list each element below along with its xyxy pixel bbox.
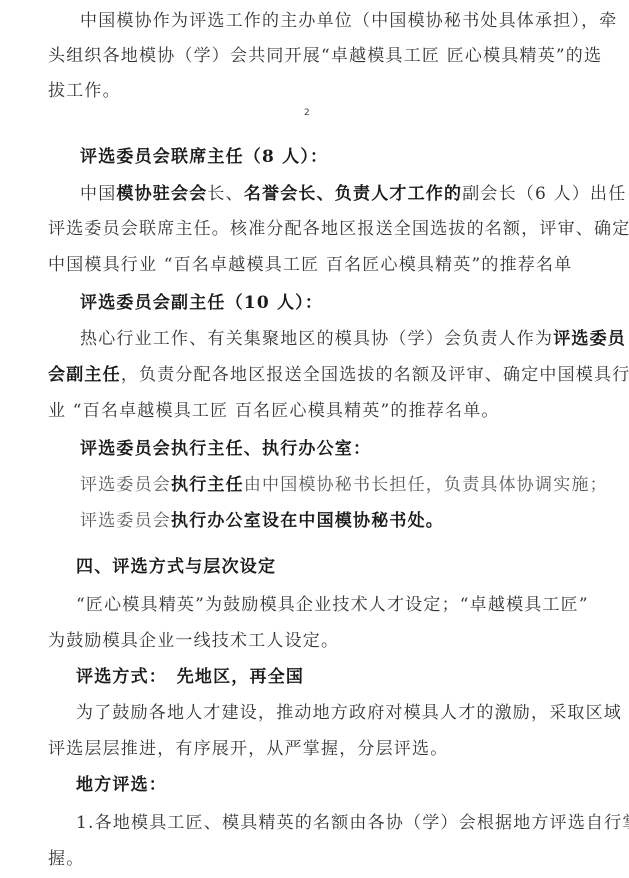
text-segment: ，负责分配各地区报送全国选拔的名额及评审、确定中国模具行 [121, 365, 629, 385]
joint-chair-heading: 评选委员会联席主任（8 人）： [80, 146, 328, 168]
text-segment: 热心行业工作、有关集聚地区的模具协（学）会负责人作为 [80, 329, 553, 349]
text-segment-bold: 评选委员 [553, 329, 626, 349]
vice-chair-line3: 业 “百名卓越模具工匠 百名匠心模具精英”的推荐名单。 [48, 400, 500, 422]
para1-line3: 拔工作。 [48, 80, 121, 102]
document-page: 中国模协作为评选工作的主办单位（中国模协秘书处具体承担），牵 头组织各地模协（学… [0, 0, 629, 878]
joint-chair-line1: 中国模协驻会会长、名誉会长、负责人才工作的副会长（6 人）出任 [80, 183, 626, 205]
text-segment-bold: 名誉会长、负责人才工作的 [244, 184, 462, 204]
executive-line2: 评选委员会执行办公室设在中国模协秘书处。 [80, 510, 444, 532]
page-number: 2 [304, 108, 310, 118]
text-segment: 长、 [207, 184, 243, 204]
text-segment-bold: 执行主任 [171, 475, 244, 495]
vice-chair-heading: 评选委员会副主任（10 人）： [80, 292, 323, 314]
text-segment-bold: 执行办公室设在中国模协秘书处。 [171, 511, 444, 531]
text-segment: 由中国模协秘书长担任，负责具体协调实施； [244, 475, 608, 495]
joint-chair-line3: 中国模具行业 “百名卓越模具工匠 百名匠心模具精英”的推荐名单 [48, 254, 572, 276]
text-segment-bold: 会副主任 [48, 365, 121, 385]
para1-line2: 头组织各地模协（学）会共同开展“卓越模具工匠 匠心模具精英”的选 [48, 45, 602, 67]
executive-line1: 评选委员会执行主任由中国模协秘书长担任，负责具体协调实施； [80, 474, 608, 496]
section4-para3-line2: 握。 [48, 848, 84, 870]
method-heading: 评选方式： 先地区，再全国 [76, 666, 304, 688]
text-segment-bold: 模协驻会会 [116, 184, 207, 204]
text-segment: 评选委员会 [80, 475, 171, 495]
section4-para1-line1: “匠心模具精英”为鼓励模具企业技术人才设定；“卓越模具工匠” [76, 594, 589, 616]
section4-heading: 四、评选方式与层次设定 [76, 556, 276, 578]
text-segment: 中国 [80, 184, 116, 204]
local-selection-heading: 地方评选： [76, 774, 167, 796]
joint-chair-line2: 评选委员会联席主任。核准分配各地区报送全国选拔的名额，评审、确定 [48, 218, 629, 240]
text-segment: 评选委员会 [80, 511, 171, 531]
vice-chair-line2: 会副主任，负责分配各地区报送全国选拔的名额及评审、确定中国模具行 [48, 364, 629, 386]
vice-chair-line1: 热心行业工作、有关集聚地区的模具协（学）会负责人作为评选委员 [80, 328, 626, 350]
para1-line1: 中国模协作为评选工作的主办单位（中国模协秘书处具体承担），牵 [80, 10, 618, 32]
section4-para2-line1: 为了鼓励各地人才建设，推动地方政府对模具人才的激励，采取区域 [76, 702, 622, 724]
section4-para3-line1: 1.各地模具工匠、模具精英的名额由各协（学）会根据地方评选自行掌 [76, 812, 629, 834]
section4-para1-line2: 为鼓励模具企业一线技术工人设定。 [48, 630, 339, 652]
executive-heading: 评选委员会执行主任、执行办公室： [80, 438, 371, 460]
section4-para2-line2: 评选层层推进，有序展开，从严掌握，分层评选。 [48, 738, 448, 760]
text-segment: 副会长（6 人）出任 [462, 184, 626, 204]
